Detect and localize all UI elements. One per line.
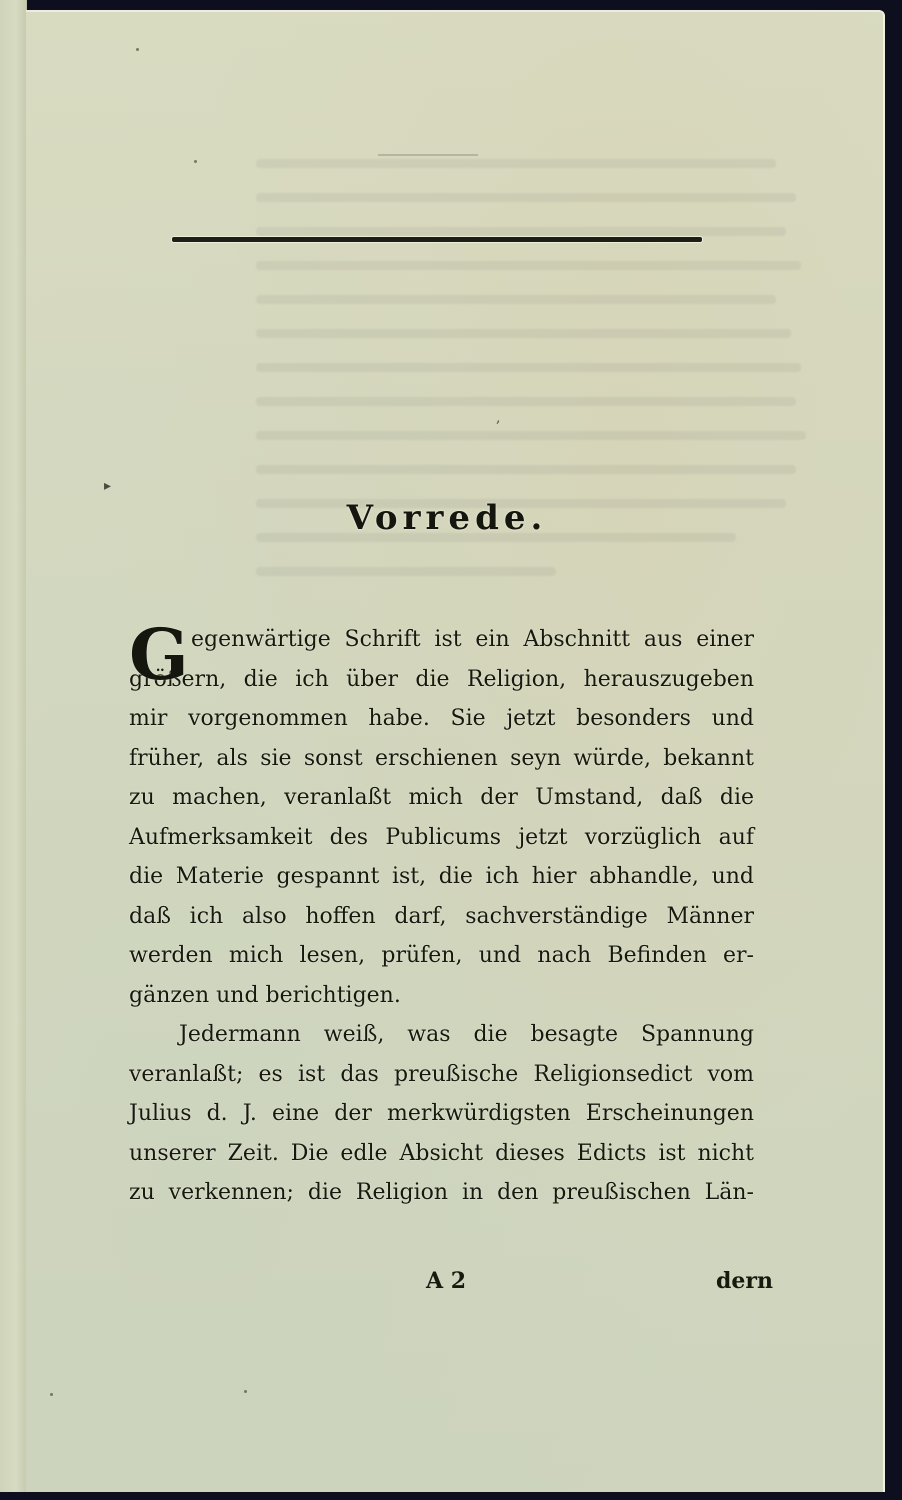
section-heading: Vorrede.	[26, 498, 868, 538]
text-line: gänzen und berichtigen.	[129, 976, 754, 1016]
paper-speck	[244, 1390, 247, 1393]
margin-mark: ▸	[104, 478, 111, 494]
text-line: die Materie gespannt ist, die ich hier a…	[129, 857, 754, 897]
header-rule	[172, 237, 702, 242]
paragraph-1: egenwärtige Schrift ist ein Abschnitt au…	[129, 620, 754, 1015]
text-line: zu machen, veranlaßt mich der Umstand, d…	[129, 778, 754, 818]
text-line: egenwärtige Schrift ist ein Abschnitt au…	[129, 620, 754, 660]
paper-speck	[136, 48, 139, 51]
paragraph-2: Jedermann weiß, was die besagte Spannung…	[129, 1015, 754, 1213]
catchword: dern	[716, 1268, 773, 1294]
text-line: unserer Zeit. Die edle Absicht dieses Ed…	[129, 1134, 754, 1174]
text-line: zu verkennen; die Religion in den preußi…	[129, 1173, 754, 1213]
body-text: G egenwärtige Schrift ist ein Abschnitt …	[129, 620, 754, 1213]
paper-speck	[194, 160, 197, 163]
signature-mark: A 2	[426, 1268, 466, 1294]
text-line: Aufmerksamkeit des Publicums jetzt vorzü…	[129, 818, 754, 858]
text-line: werden mich lesen, prüfen, und nach Befi…	[129, 936, 754, 976]
margin-mark: ,	[496, 410, 500, 426]
text-line: größern, die ich über die Religion, hera…	[129, 660, 754, 700]
text-line: früher, als sie sonst erschienen seyn wü…	[129, 739, 754, 779]
paper-speck	[50, 1393, 53, 1396]
text-line: Jedermann weiß, was die besagte Spannung	[129, 1015, 754, 1055]
drop-cap: G	[129, 620, 189, 690]
text-line: veranlaßt; es ist das preußische Religio…	[129, 1055, 754, 1095]
facing-page-edge	[0, 0, 27, 1492]
text-line: Julius d. J. eine der merkwürdigsten Ers…	[129, 1094, 754, 1134]
text-line: mir vorgenommen habe. Sie jetzt besonder…	[129, 699, 754, 739]
scanned-page-view: ▸ , Vorrede. G egenwärtige Schrift ist e…	[0, 0, 902, 1500]
text-line: daß ich also hoffen darf, sachverständig…	[129, 897, 754, 937]
book-page: ▸ , Vorrede. G egenwärtige Schrift ist e…	[26, 10, 885, 1492]
